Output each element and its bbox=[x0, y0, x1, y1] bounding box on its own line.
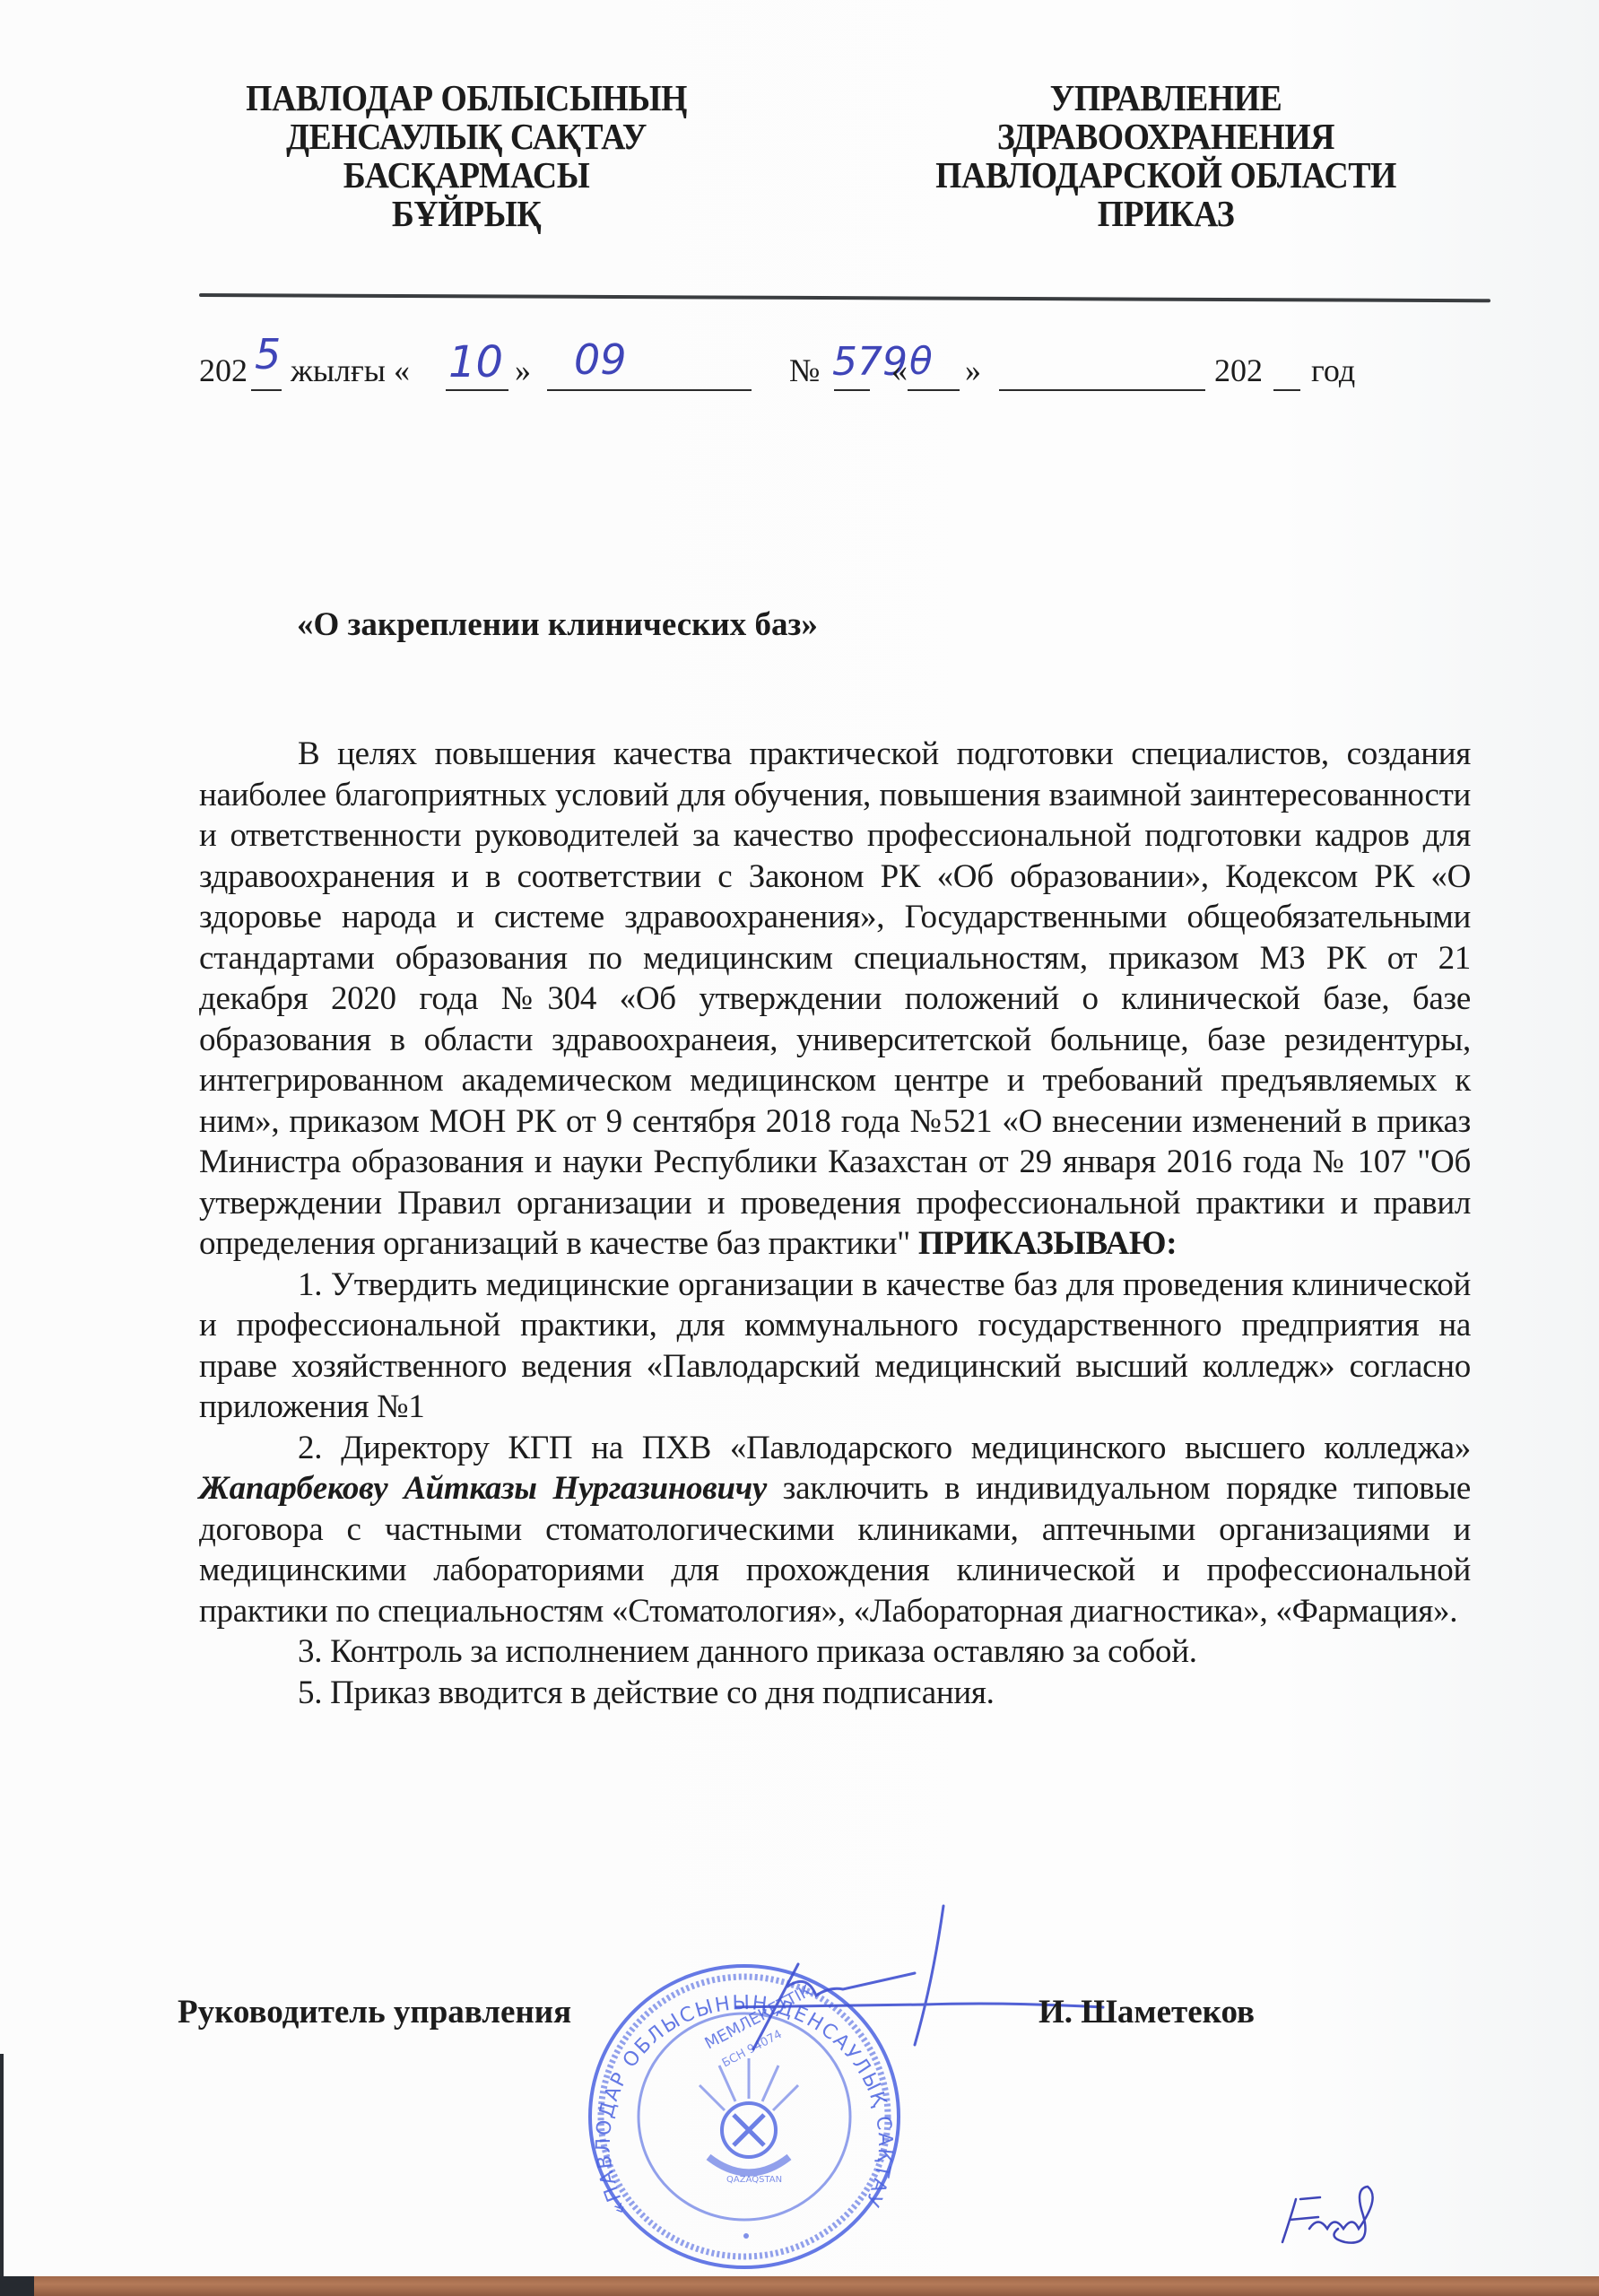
month-blank bbox=[547, 389, 752, 391]
order-item-1: 1. Утвердить медицинские организации в к… bbox=[199, 1265, 1471, 1428]
kz-year-word: жылғы « bbox=[291, 352, 410, 389]
header-russian-line: ПАВЛОДАРСКОЙ ОБЛАСТИ bbox=[885, 156, 1447, 195]
number-blank bbox=[834, 389, 870, 391]
header-kazakh: ПАВЛОДАР ОБЛЫСЫНЫҢ ДЕНСАУЛЫҚ САҚТАУ БАСҚ… bbox=[235, 79, 697, 233]
header-russian-line: ПРИКАЗ bbox=[885, 195, 1447, 233]
table-surface bbox=[0, 2276, 1599, 2296]
signatory-name: И. Шаметеков bbox=[1038, 1993, 1255, 2031]
item2-text-pre: 2. Директору КГП на ПХВ «Павлодарского м… bbox=[298, 1430, 1471, 1466]
header-kazakh-line: ПАВЛОДАР ОБЛЫСЫНЫҢ bbox=[235, 79, 697, 117]
header-russian: УПРАВЛЕНИЕ ЗДРАВООХРАНЕНИЯ ПАВЛОДАРСКОЙ … bbox=[885, 79, 1447, 233]
preamble-text: В целях повышения качества практической … bbox=[199, 735, 1471, 1262]
svg-text:QAZAQSTAN: QAZAQSTAN bbox=[726, 2175, 782, 2185]
open-quote: « bbox=[891, 352, 908, 389]
signatory-role: Руководитель управления bbox=[178, 1993, 571, 2031]
director-name: Жапарбекову Айтказы Нургазиновичу bbox=[199, 1470, 767, 1507]
header-russian-line: УПРАВЛЕНИЕ bbox=[885, 79, 1447, 117]
close-quote-2: » bbox=[965, 352, 981, 389]
ru-year-blank bbox=[1273, 389, 1300, 391]
header-kazakh-line: БҰЙРЫҚ bbox=[235, 195, 697, 233]
order-word: ПРИКАЗЫВАЮ: bbox=[918, 1225, 1177, 1262]
day-blank bbox=[446, 389, 508, 391]
ru-year-word: год bbox=[1311, 352, 1355, 389]
header-divider bbox=[199, 293, 1490, 302]
handwritten-suffix: θ bbox=[909, 339, 933, 383]
header-kazakh-line: БАСҚАРМАСЫ bbox=[235, 156, 697, 195]
year-prefix: 202 bbox=[199, 352, 248, 389]
date-number-line: 202 5 жылғы « 10 » 09 № 579 « θ » 202 го… bbox=[199, 343, 1490, 396]
photo-edge bbox=[0, 2054, 4, 2296]
ru-year-prefix: 202 bbox=[1214, 352, 1263, 389]
order-item-2: 2. Директору КГП на ПХВ «Павлодарского м… bbox=[199, 1428, 1471, 1632]
ru-month-blank bbox=[999, 389, 1205, 391]
handwritten-year: 5 bbox=[255, 330, 281, 378]
document-page: ПАВЛОДАР ОБЛЫСЫНЫҢ ДЕНСАУЛЫҚ САҚТАУ БАСҚ… bbox=[0, 0, 1599, 2285]
close-quote: » bbox=[515, 352, 531, 389]
suffix-blank bbox=[908, 389, 960, 391]
year-blank bbox=[251, 389, 282, 391]
handwritten-month: 09 bbox=[574, 335, 627, 384]
handwritten-initials-icon bbox=[1273, 2179, 1408, 2251]
document-body: В целях повышения качества практической … bbox=[199, 734, 1471, 1713]
order-item-5: 5. Приказ вводится в действие со дня под… bbox=[199, 1673, 1471, 1714]
header-russian-line: ЗДРАВООХРАНЕНИЯ bbox=[885, 117, 1447, 156]
handwritten-day: 10 bbox=[448, 337, 503, 387]
document-title: «О закреплении клинических баз» bbox=[297, 605, 818, 644]
order-item-3: 3. Контроль за исполнением данного прика… bbox=[199, 1631, 1471, 1673]
preamble-paragraph: В целях повышения качества практической … bbox=[199, 734, 1471, 1265]
number-sign: № bbox=[789, 352, 820, 389]
shadow-corner bbox=[0, 2276, 34, 2296]
header-kazakh-line: ДЕНСАУЛЫҚ САҚТАУ bbox=[235, 117, 697, 156]
